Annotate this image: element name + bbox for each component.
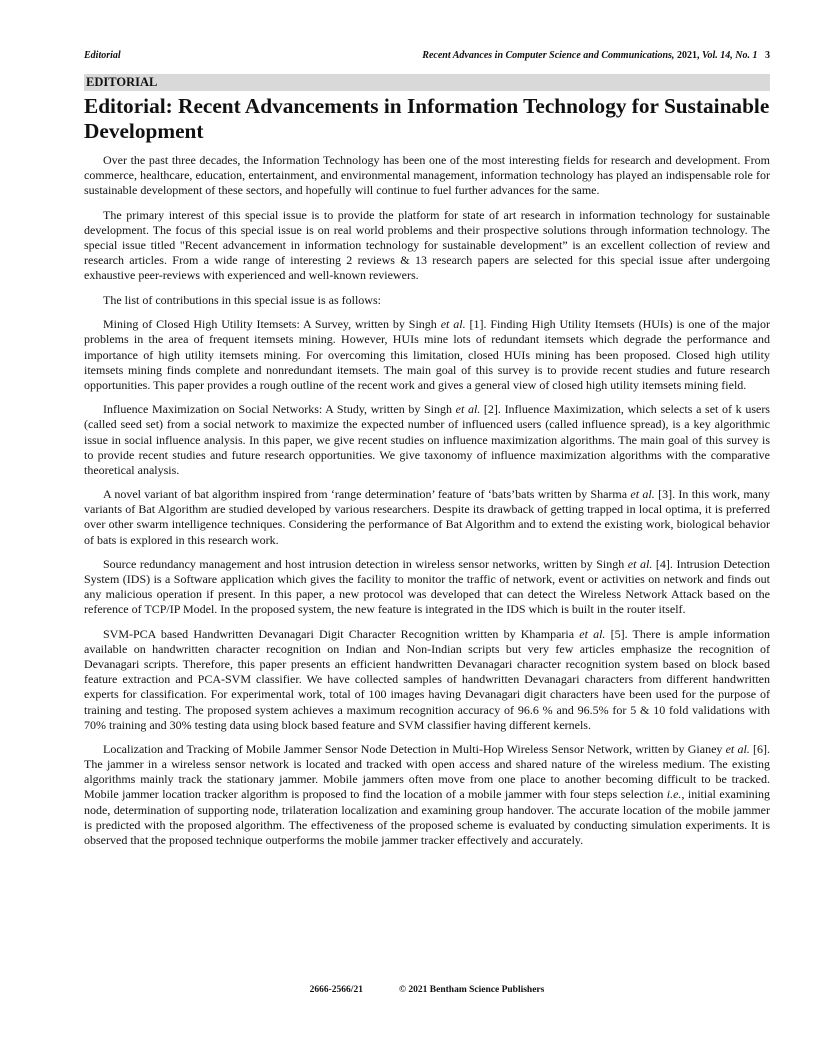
- paragraph-intro: Over the past three decades, the Informa…: [84, 153, 770, 198]
- paragraph-contribution-4: Source redundancy management and host in…: [84, 557, 770, 617]
- page-number: 3: [765, 50, 770, 61]
- article-title: Editorial: Recent Advancements in Inform…: [84, 94, 770, 144]
- header-journal-info: Recent Advances in Computer Science and …: [422, 49, 770, 63]
- ie: i.e.: [667, 787, 682, 801]
- paragraph-contribution-2: Influence Maximization on Social Network…: [84, 402, 770, 477]
- paragraph-contribution-3: A novel variant of bat algorithm inspire…: [84, 487, 770, 547]
- section-label: EDITORIAL: [86, 75, 157, 89]
- paragraph-contribution-6: Localization and Tracking of Mobile Jamm…: [84, 742, 770, 848]
- journal-year: 2021,: [674, 50, 702, 61]
- section-label-bar: EDITORIAL: [84, 74, 770, 91]
- et-al: et al.: [441, 317, 466, 331]
- running-header: Editorial Recent Advances in Computer Sc…: [84, 49, 770, 63]
- et-al: et al.: [628, 557, 653, 571]
- paragraph-purpose: The primary interest of this special iss…: [84, 208, 770, 283]
- paragraph-contribution-5: SVM-PCA based Handwritten Devanagari Dig…: [84, 627, 770, 733]
- et-al: et al.: [579, 627, 605, 641]
- journal-name: Recent Advances in Computer Science and …: [422, 50, 674, 61]
- paragraph-contribution-1: Mining of Closed High Utility Itemsets: …: [84, 317, 770, 392]
- paragraph-list-intro: The list of contributions in this specia…: [84, 293, 770, 308]
- header-section-name: Editorial: [84, 49, 121, 63]
- et-al: et al.: [726, 742, 750, 756]
- journal-volume: Vol. 14, No. 1: [702, 50, 758, 61]
- footer-copyright: © 2021 Bentham Science Publishers: [399, 985, 544, 995]
- footer-issn: 2666-2566/21: [310, 985, 363, 995]
- page-footer: 2666-2566/21© 2021 Bentham Science Publi…: [84, 985, 770, 995]
- et-al: et al.: [630, 487, 654, 501]
- et-al: et al.: [456, 402, 481, 416]
- article-body: Over the past three decades, the Informa…: [84, 153, 770, 857]
